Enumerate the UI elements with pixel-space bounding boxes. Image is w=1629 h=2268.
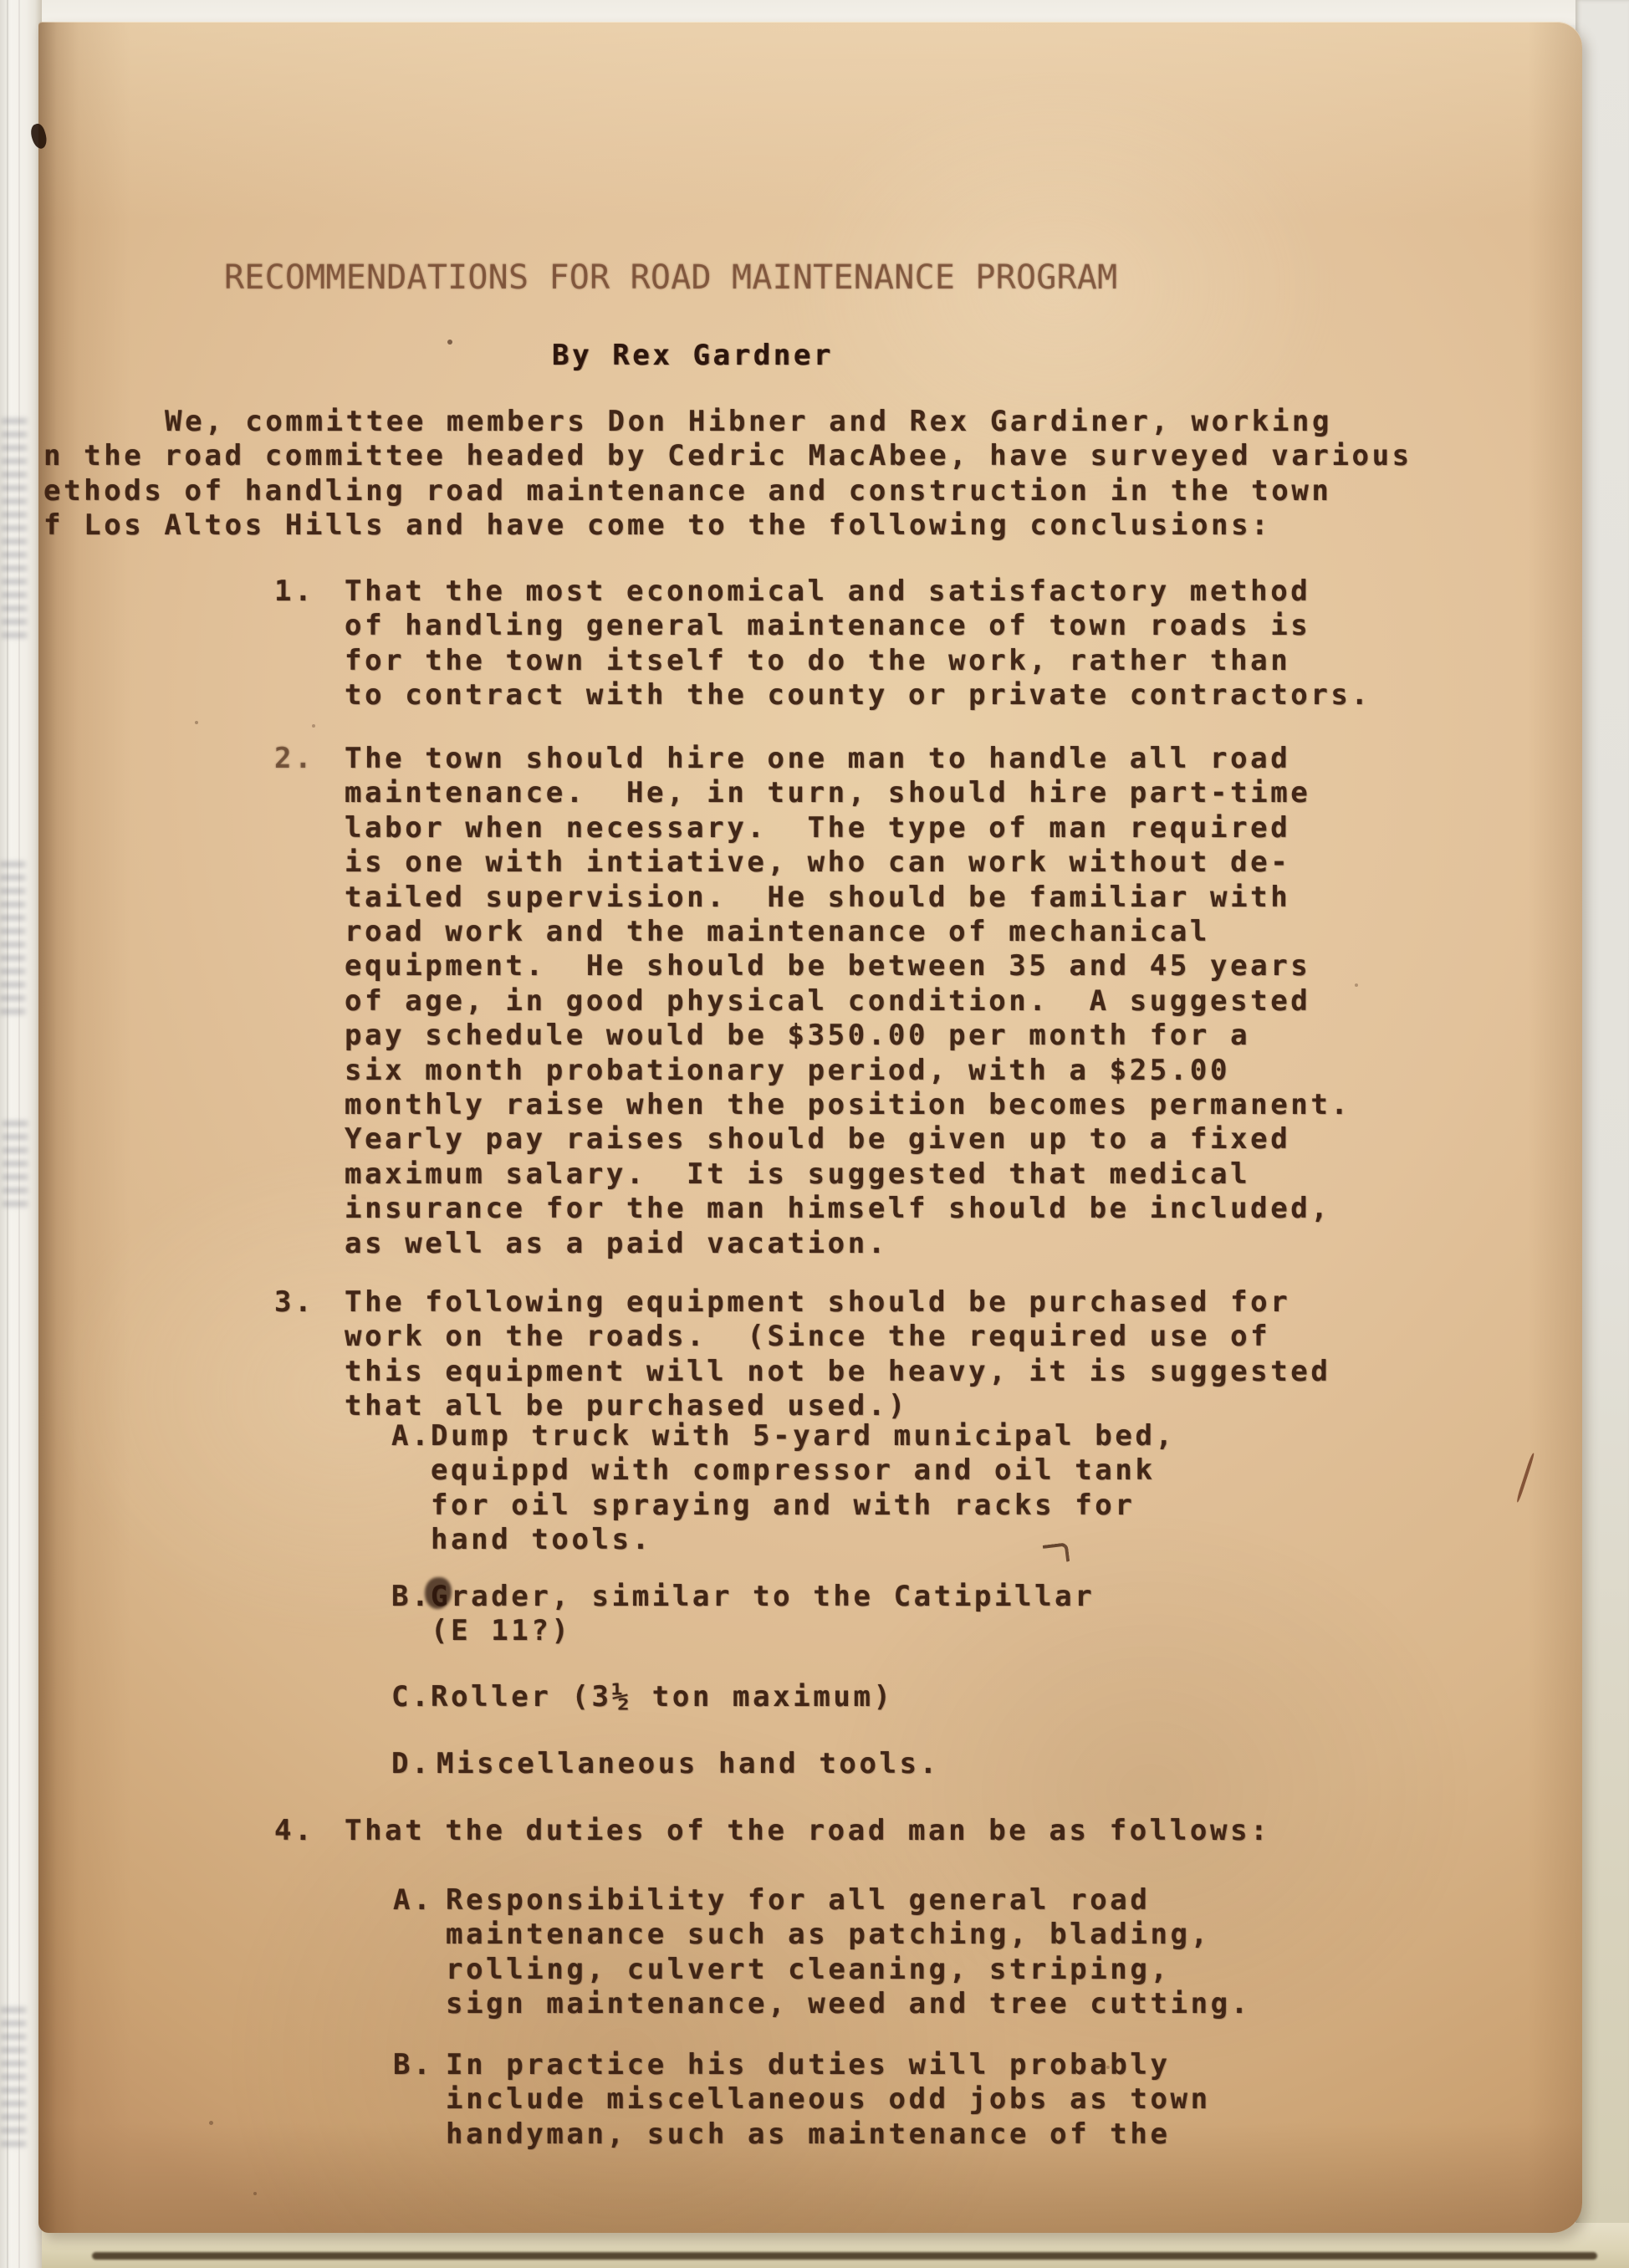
- bound-page-stack-edge: [0, 0, 42, 2268]
- item4b-line-2: include miscellaneous odd jobs as town: [446, 2085, 1211, 2113]
- item2-line-9: pay schedule would be $350.00 per month …: [345, 1021, 1250, 1050]
- item2-line-3: labor when necessary. The type of man re…: [345, 814, 1290, 842]
- item2-line-7: equipment. He should be between 35 and 4…: [345, 952, 1310, 980]
- item2-line-1: The town should hire one man to handle a…: [345, 744, 1290, 773]
- bleed-through-text-smudge: [0, 861, 25, 1020]
- item3b-line-1: Grader, similar to the Catipillar: [431, 1582, 1095, 1611]
- bleed-through-text-smudge: [2, 418, 27, 644]
- document-byline: By Rex Gardner: [552, 341, 834, 370]
- item2-line-5: tailed supervision. He should be familia…: [345, 883, 1290, 912]
- item3-line-1: The following equipment should be purcha…: [345, 1288, 1290, 1316]
- intro-line-3: ethods of handling road maintenance and …: [43, 477, 1331, 505]
- item4b-line-3: handyman, such as maintenance of the: [446, 2120, 1171, 2148]
- item2-line-13: maximum salary. It is suggested that med…: [345, 1160, 1250, 1188]
- item2-line-2: maintenance. He, in turn, should hire pa…: [345, 779, 1310, 807]
- item3c-line-1: Roller (3½ ton maximum): [431, 1683, 894, 1711]
- item2-line-15: as well as a paid vacation.: [345, 1229, 888, 1258]
- ink-speck: [209, 2121, 213, 2125]
- intro-line-2: n the road committee headed by Cedric Ma…: [43, 442, 1412, 470]
- item2-line-8: of age, in good physical condition. A su…: [345, 987, 1310, 1015]
- item2-marker: 2.: [274, 744, 314, 773]
- document-title: RECOMMENDATIONS FOR ROAD MAINTENANCE PRO…: [224, 261, 1117, 294]
- item1-line-2: of handling general maintenance of town …: [345, 611, 1310, 640]
- ink-speck: [447, 340, 452, 345]
- item4a-line-1: Responsibility for all general road: [446, 1886, 1150, 1914]
- item3-marker: 3.: [274, 1288, 314, 1316]
- intro-line-4: f Los Altos Hills and have come to the f…: [43, 511, 1271, 539]
- item3a-line-2: equippd with compressor and oil tank: [431, 1456, 1156, 1484]
- item4a-line-4: sign maintenance, weed and tree cutting.: [446, 1990, 1251, 2018]
- item3-line-2: work on the roads. (Since the required u…: [345, 1322, 1270, 1351]
- item3-line-4: that all be purchased used.): [345, 1392, 908, 1420]
- item4-line-1: That the duties of the road man be as fo…: [345, 1816, 1270, 1845]
- ink-speck: [1355, 983, 1358, 987]
- item3a-line-1: Dump truck with 5-yard municipal bed,: [431, 1422, 1176, 1450]
- bleed-through-text-smudge: [1, 2007, 26, 2149]
- item1-line-3: for the town itself to do the work, rath…: [345, 646, 1290, 675]
- underlying-page-shadow-line: [92, 2252, 1597, 2260]
- item4a-line-2: maintenance such as patching, blading,: [446, 1920, 1211, 1949]
- item3d-line-1: Miscellaneous hand tools.: [437, 1750, 940, 1778]
- pen-mark-hook: [1043, 1542, 1070, 1564]
- bleed-through-text-smudge: [3, 1121, 28, 1213]
- item2-line-11: monthly raise when the position becomes …: [345, 1091, 1351, 1119]
- item4a-marker: A.: [393, 1886, 433, 1914]
- ink-speck: [312, 724, 315, 728]
- item3d-marker: D.: [391, 1750, 432, 1778]
- intro-line-1: We, committee members Don Hibner and Rex…: [165, 407, 1332, 436]
- backing-page-right-edge: [1575, 0, 1629, 2268]
- item2-line-12: Yearly pay raises should be given up to …: [345, 1125, 1290, 1153]
- item1-marker: 1.: [274, 577, 314, 605]
- item3b-line-2: (E 11?): [431, 1617, 572, 1645]
- ink-speck: [1106, 2066, 1110, 2069]
- ink-speck: [253, 2192, 257, 2195]
- item4b-marker: B.: [393, 2051, 433, 2079]
- item2-line-6: road work and the maintenance of mechani…: [345, 917, 1210, 946]
- item2-line-10: six month probationary period, with a $2…: [345, 1056, 1230, 1085]
- item1-line-1: That the most economical and satisfactor…: [345, 577, 1310, 605]
- item4b-line-1: In practice his duties will probably: [446, 2051, 1171, 2079]
- ink-speck: [195, 721, 198, 724]
- item1-line-4: to contract with the county or private c…: [345, 681, 1371, 709]
- item2-line-14: insurance for the man himself should be …: [345, 1194, 1330, 1223]
- item3-line-3: this equipment will not be heavy, it is …: [345, 1357, 1330, 1386]
- item2-line-4: is one with intiative, who can work with…: [345, 848, 1290, 876]
- item4a-line-3: rolling, culvert cleaning, striping,: [446, 1955, 1171, 1984]
- item3c-marker: C.: [391, 1683, 432, 1711]
- item3a-line-3: for oil spraying and with racks for: [431, 1491, 1135, 1520]
- scanned-document-scene: RECOMMENDATIONS FOR ROAD MAINTENANCE PRO…: [0, 0, 1629, 2268]
- item3a-line-4: hand tools.: [431, 1525, 652, 1554]
- item4-marker: 4.: [274, 1816, 314, 1845]
- item3a-marker: A.: [391, 1422, 432, 1450]
